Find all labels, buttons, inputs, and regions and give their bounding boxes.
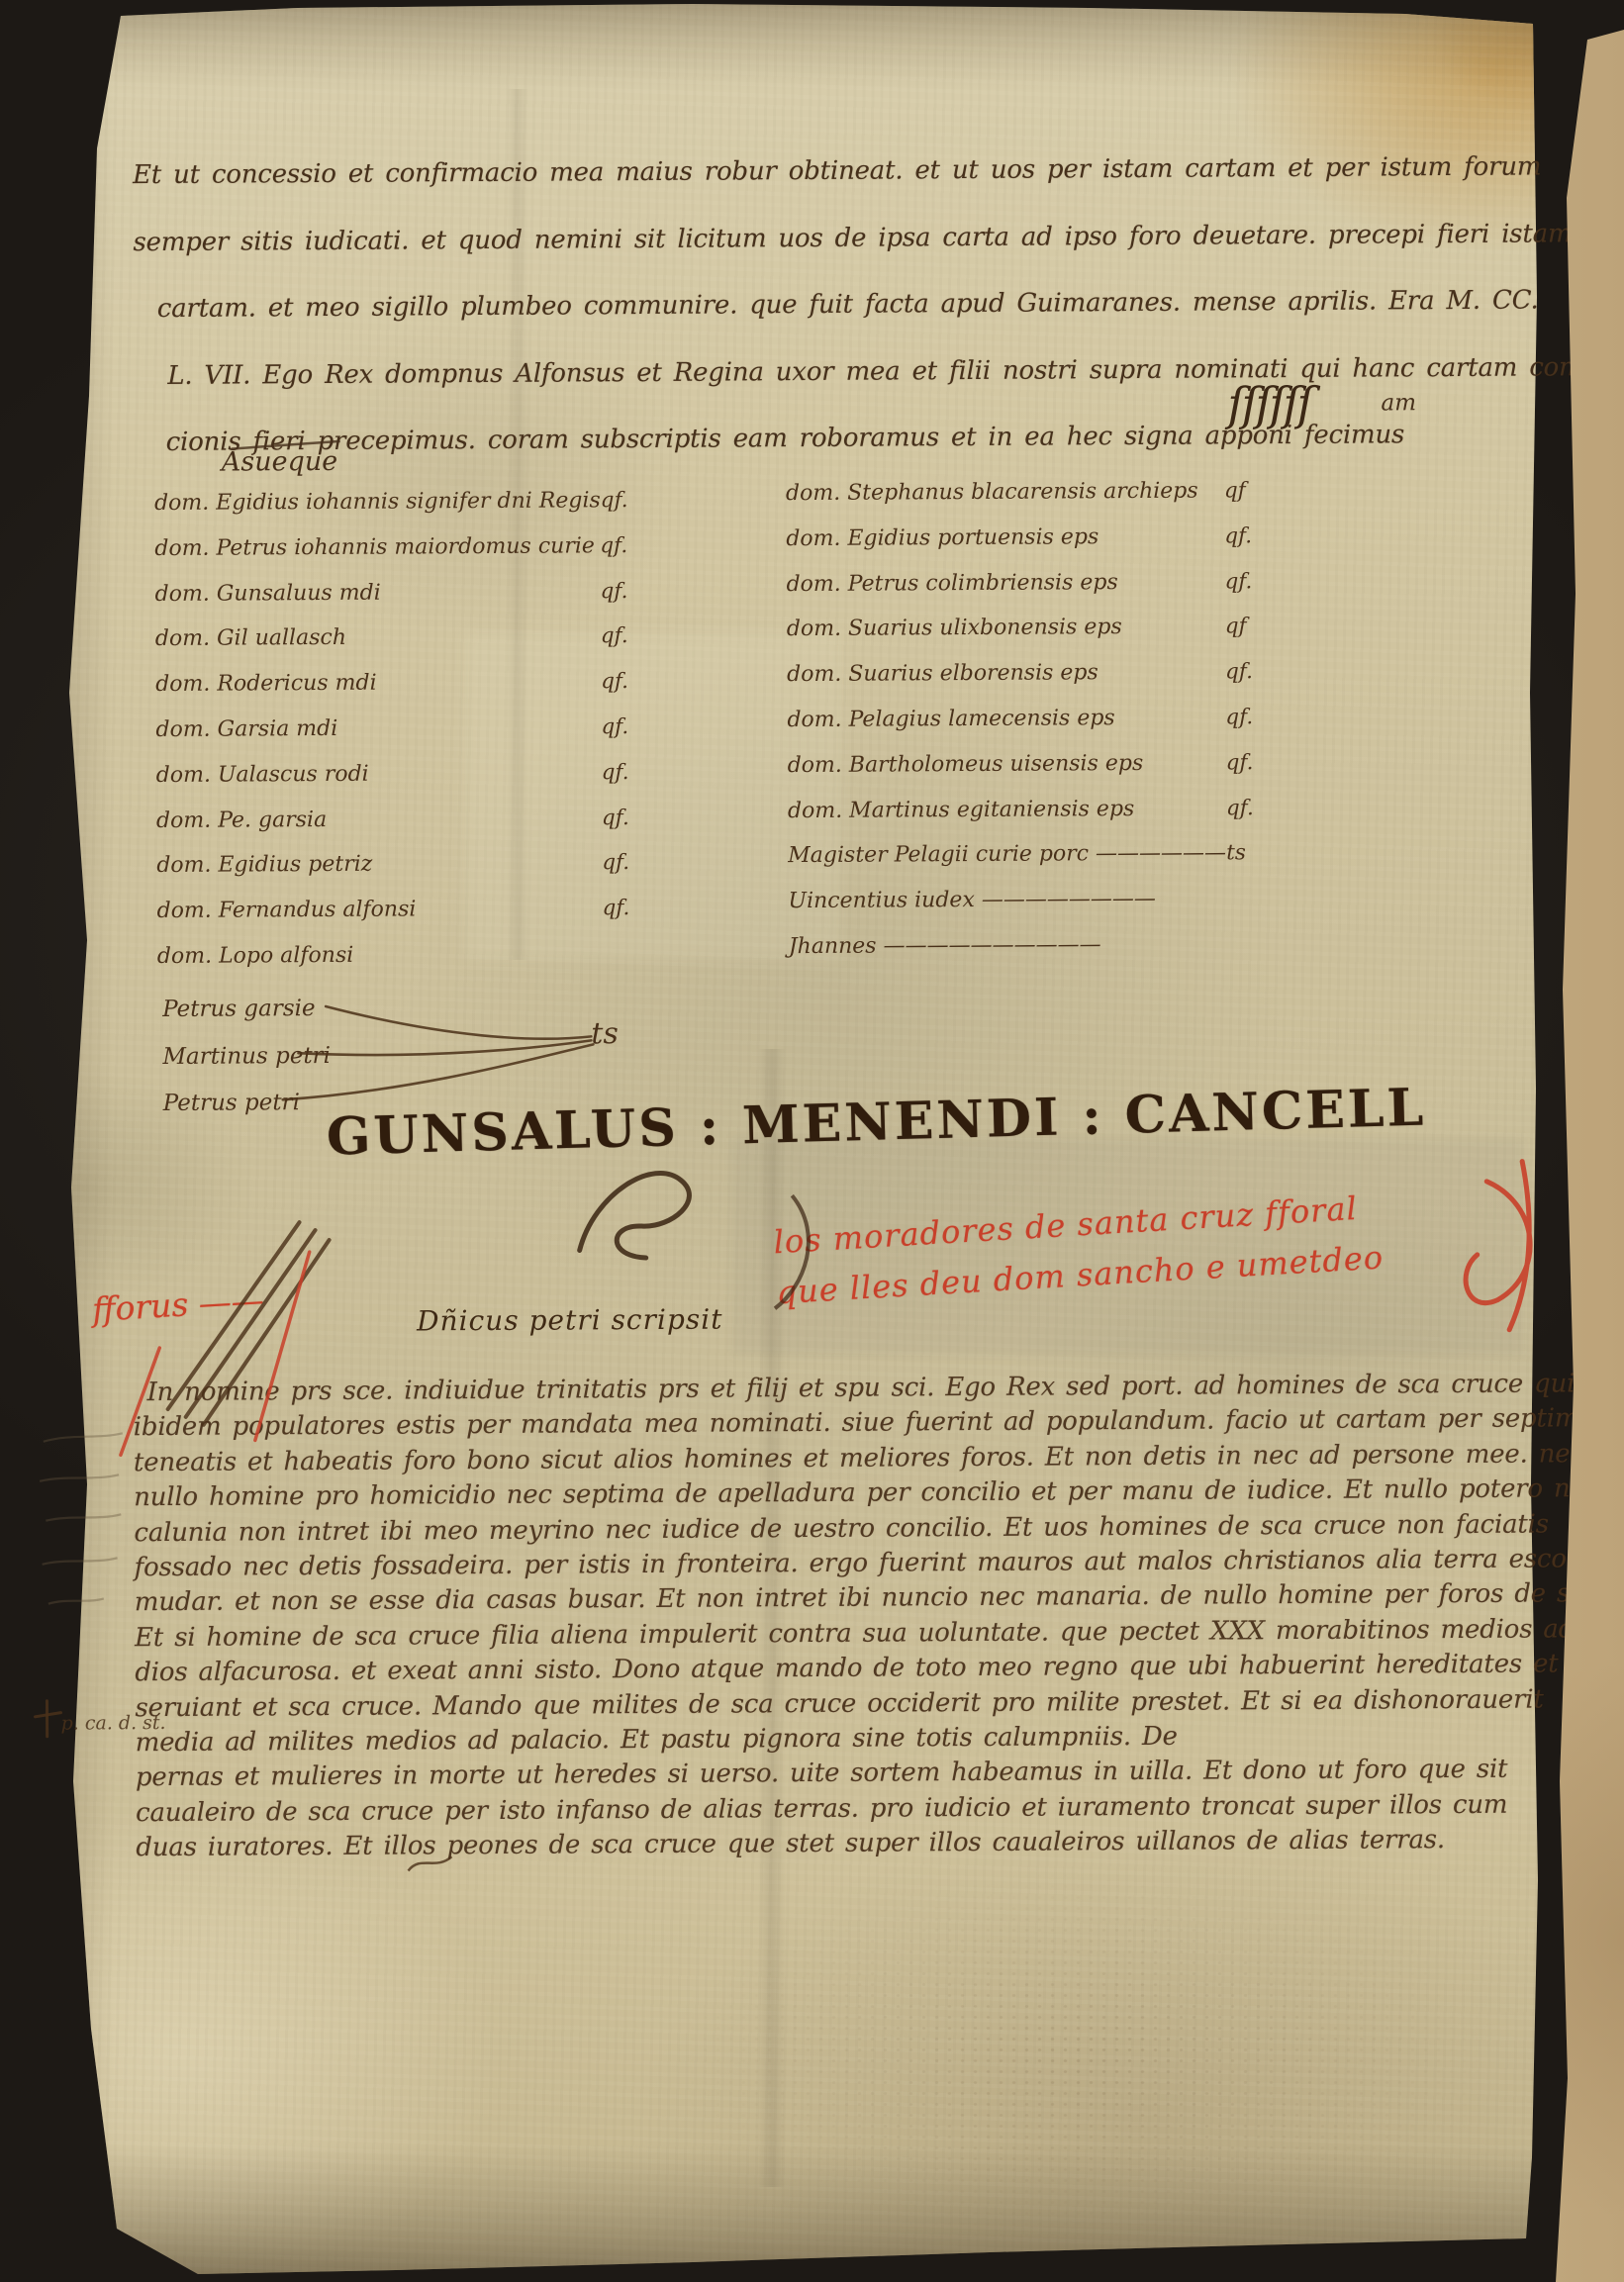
witness-row: dom. Suarius elborensis eps qf. [787,659,1287,708]
confirmation-mark: qf. [1224,569,1286,594]
testis-name: Petrus petri [163,1080,332,1128]
witness-row: dom. Ualascus rodi qf. [156,760,663,808]
testis-name: Petrus garsie [162,986,331,1034]
row-filler [1118,569,1225,570]
rubric-end-flourish [1465,1162,1530,1330]
manuscript-line: cartam. et meo sigillo plumbeo communire… [134,267,1624,343]
witness-row: dom. Petrus colimbriensis eps qf. [786,569,1286,618]
scribe-subscription: Dñicus petri scripsit [417,1303,723,1338]
testes-mark: ts [591,1016,619,1051]
confirmation-mark: qf. [601,579,662,604]
witness-name: dom. Bartholomeus uisensis eps [788,751,1144,778]
confirmation-mark: ts [1226,840,1288,865]
chancellor-display-line: GUNSALUS : MENENDI : CANCELL [326,1078,1427,1168]
confirmation-mark: qf. [601,669,662,694]
signa-abbreviation: am [1381,390,1416,416]
witness-name: dom. Egidius petriz [156,852,372,878]
witness-name: dom. Stephanus blacarensis archieps [786,479,1198,507]
witness-row: dom. Rodericus mdi qf. [155,669,662,717]
witness-name: dom. Martinus egitaniensis eps [788,797,1134,823]
witness-name: dom. Suarius ulixbonensis eps [787,615,1122,641]
row-filler [1122,615,1225,616]
witness-name: dom. Lopo alfonsi [157,943,354,969]
margin-rubric-red: fforus —— [91,1281,265,1329]
chancellor-flourish [579,1173,690,1258]
witness-row: dom. Bartholomeus uisensis eps qf. [788,750,1288,799]
confirmation-mark: qf. [602,896,663,920]
witness-row: dom. Gil uallasch qf. [155,623,662,672]
faded-margin-scribbles [40,1433,124,1604]
confirmation-mark: qf. [601,488,661,513]
royal-signa-strokes: ſſſſſſ [1227,377,1310,431]
manuscript-line: Et ut concessio et confirmacio mea maius… [133,134,1624,210]
witness-list-heading: Asueque [222,446,338,478]
witness-name: Uincentius iudex ———————— [788,887,1155,913]
witness-name: dom. Gil uallasch [155,625,346,651]
row-filler [1134,796,1226,797]
witness-row: dom. Egidius petriz qf. [156,850,663,899]
witness-name: dom. Garsia mdi [155,716,337,742]
confirmation-mark: qf. [602,805,663,829]
witness-row: dom. Egidius iohannis signifer dni Regis… [154,488,661,536]
confirmation-mark: qf. [601,623,662,648]
confirmation-mark: qf. [1226,796,1288,820]
confirmation-mark: qf. [1225,705,1287,729]
red-rubric: los moradores de santa cruz fforalque ll… [772,1182,1385,1318]
witness-name: dom. Ualascus rodi [156,762,369,788]
confirmation-mark: qf. [601,714,662,739]
witness-name: dom. Fernandus alfonsi [156,898,416,924]
witness-row: dom. Lopo alfonsi [157,941,664,990]
row-filler [1115,705,1226,706]
confirmation-mark: qf. [1225,659,1287,684]
row-filler [416,896,602,897]
row-filler [1099,523,1224,524]
confirmation-mark: qf. [602,850,663,875]
confirmation-mark: qf [1224,478,1286,503]
witness-name: Jhannes —————————— [789,932,1101,959]
manuscript-scan: { "colors": { "ink": "#4a3119", "ink_dar… [0,0,1624,2282]
manuscript-line: semper sitis iudicati. et quod nemini si… [133,200,1624,276]
witness-name: dom. Petrus iohannis maiordomus curie [154,533,595,561]
witness-column-left: dom. Egidius iohannis signifer dni Regis… [154,488,664,990]
witness-name: dom. Egidius iohannis signifer dni Regis [154,488,601,516]
witness-name: dom. Suarius elborensis eps [787,660,1099,687]
foral-text-block: In nomine prs sce. indiuidue trinitatis … [133,1366,1624,1866]
witness-row: Uincentius iudex ———————— [788,886,1288,934]
witness-row: dom. Petrus iohannis maiordomus curie qf… [154,533,661,582]
witness-name: dom. Rodericus mdi [155,671,377,697]
confirmation-paragraph: Et ut concessio et confirmacio mea maius… [133,134,1624,477]
witness-row: dom. Fernandus alfonsi qf. [156,896,663,944]
row-filler [376,669,601,670]
testes-group: Petrus garsieMartinus petriPetrus petri [162,986,331,1128]
witness-row: dom. Pe. garsia qf. [156,805,663,853]
row-filler [1099,660,1225,661]
witness-row: Jhannes —————————— [789,931,1289,980]
witness-row: dom. Stephanus blacarensis archieps qf [786,478,1286,526]
witness-row: dom. Suarius ulixbonensis eps qf [787,614,1287,662]
margin-cross-mark [35,1701,60,1737]
witness-name: dom. Pelagius lamecensis eps [787,706,1114,732]
row-filler [372,851,602,852]
witness-name: dom. Egidius portuensis eps [786,524,1099,551]
witness-name: dom. Petrus colimbriensis eps [786,570,1117,597]
row-filler [1100,931,1226,932]
confirmation-mark: qf [1225,614,1287,638]
manuscript-content: Et ut concessio et confirmacio mea maius… [0,0,1624,2282]
witness-row: dom. Martinus egitaniensis eps qf. [788,796,1288,844]
confirmation-mark: qf. [1226,750,1288,775]
testis-name: Martinus petri [162,1032,331,1081]
witness-column-right: dom. Stephanus blacarensis archieps qf d… [786,478,1289,980]
row-filler [1143,750,1225,751]
witness-row: Magister Pelagii curie porc —————— ts [788,840,1288,889]
witness-name: dom. Gunsaluus mdi [155,580,381,606]
witness-row: dom. Gunsaluus mdi qf. [155,579,662,627]
witness-name: Magister Pelagii curie porc —————— [788,841,1226,869]
witness-name: dom. Pe. garsia [156,808,327,833]
witness-row: dom. Garsia mdi qf. [155,714,662,763]
row-filler [381,579,601,580]
confirmation-mark: qf. [1224,523,1286,548]
confirmation-mark: qf. [600,533,661,558]
witness-row: dom. Egidius portuensis eps qf. [786,523,1286,572]
confirmation-mark: qf. [602,760,663,785]
witness-row: dom. Pelagius lamecensis eps qf. [787,705,1287,753]
